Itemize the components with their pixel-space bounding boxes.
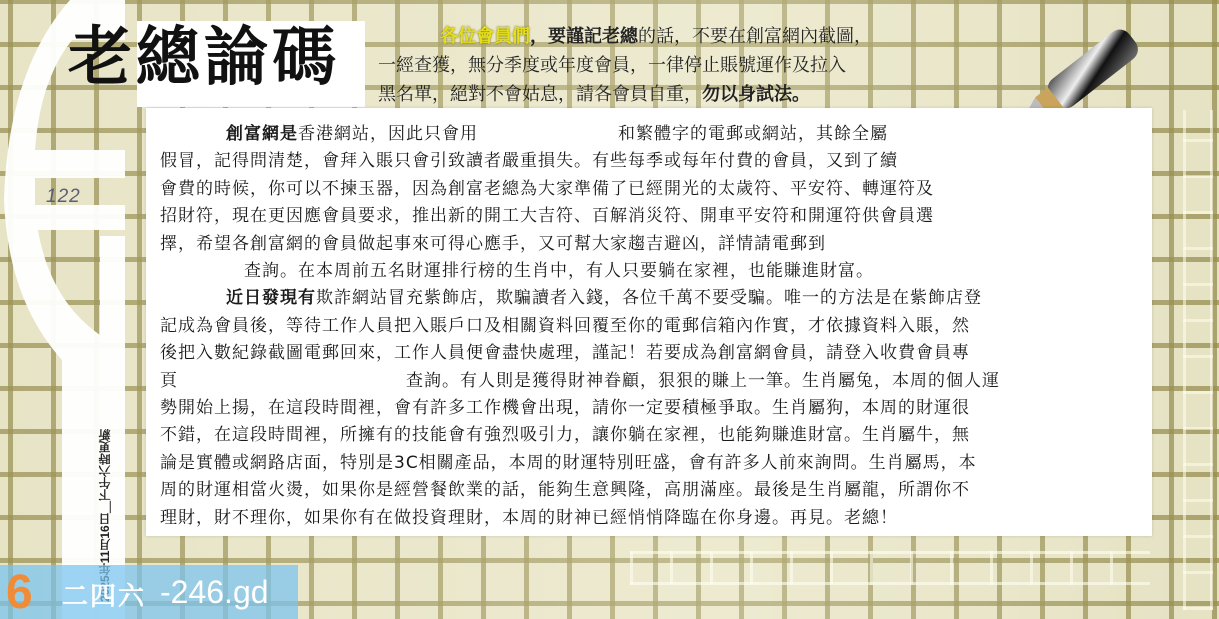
watermark-chinese: 二四六 [62,576,146,613]
watermark-url[interactable]: -246.gd [160,572,269,612]
notice-highlight: 各位會員們 [440,26,530,47]
greek-key-border-horizontal [630,551,1150,585]
watermark-six-logo-icon: 6 [6,566,33,619]
volume-number: 122 [46,186,81,208]
greek-key-border-vertical [1183,110,1213,610]
member-notice: 各位會員們，要謹記老總的話，不要在創富網內截圖， 一經查獲，無分季度或年度會員，… [378,22,998,109]
article-body: 創富網是香港網站，因此只會用和繁體字的電郵或網站，其餘全屬 假冒，記得問清楚，會… [160,121,1150,532]
page-title: 老總論碼 [68,18,340,98]
